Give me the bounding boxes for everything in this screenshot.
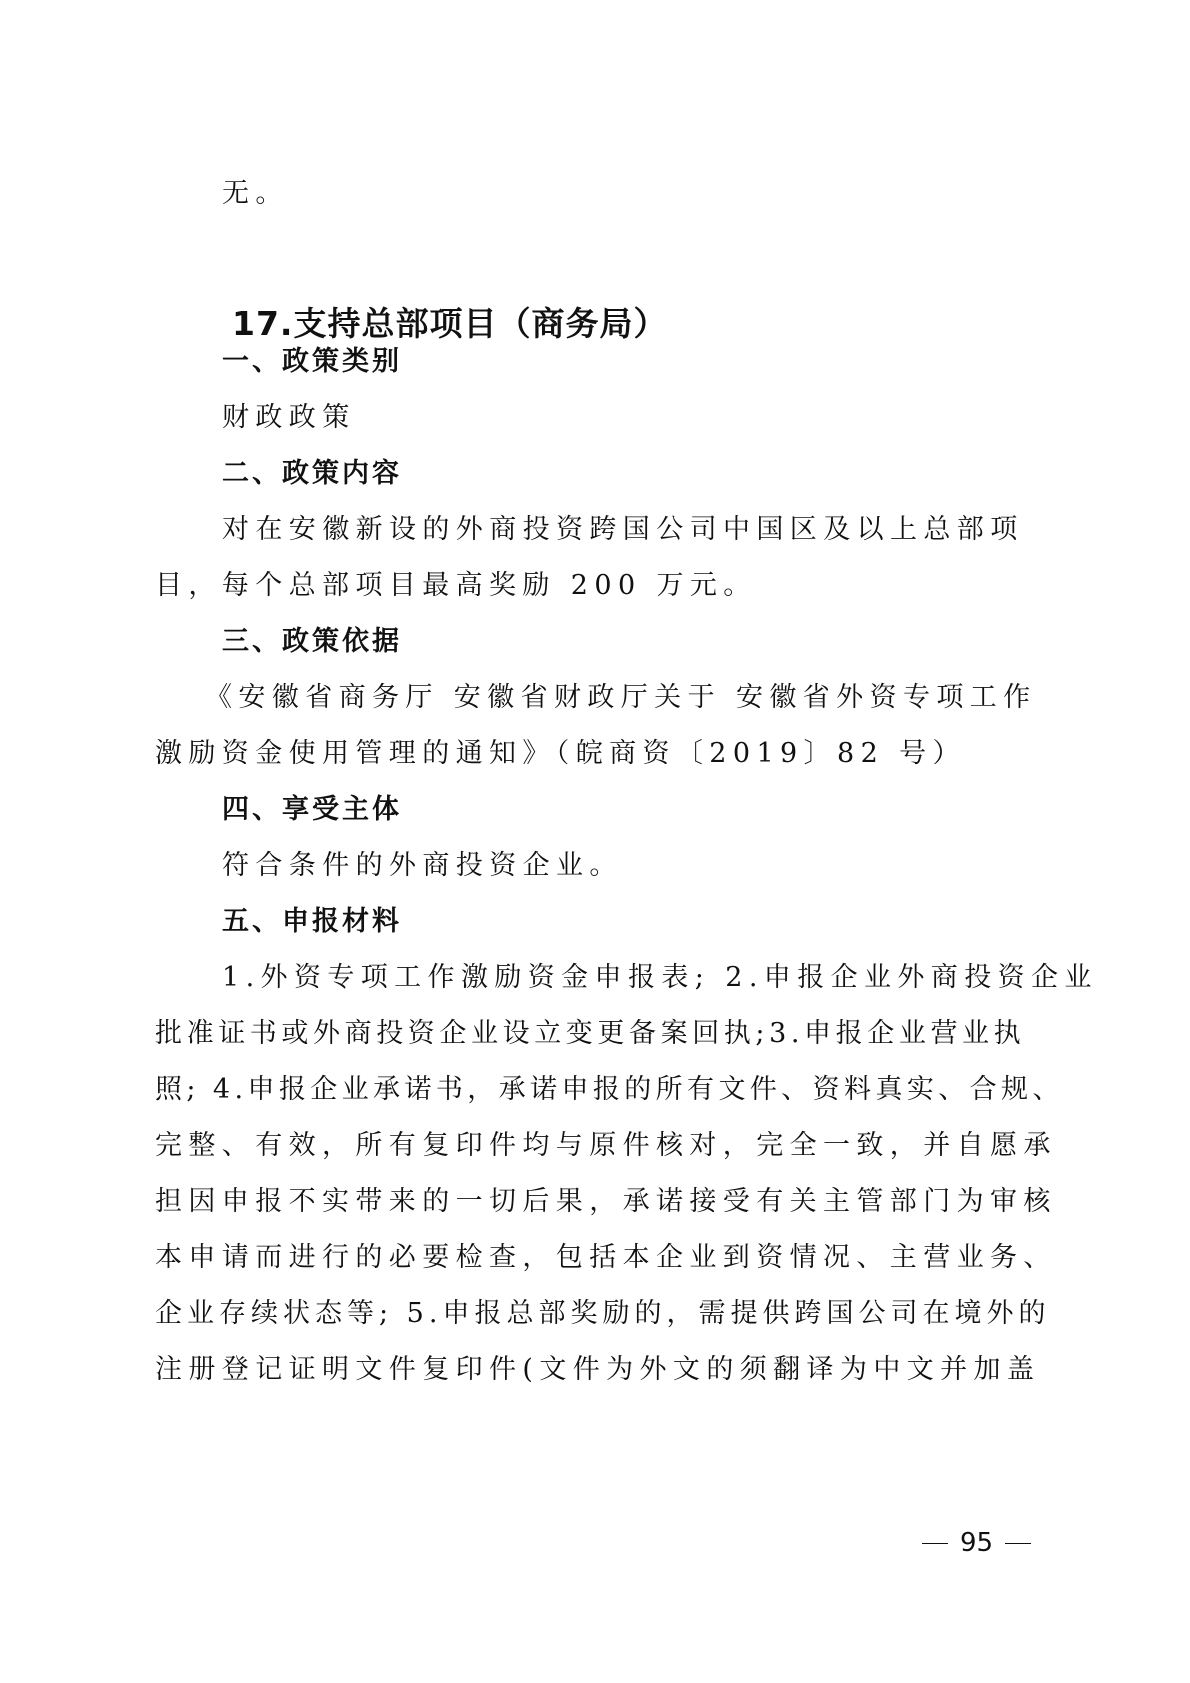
section-title: 17.支持总部项目（商务局） [232,302,667,346]
paragraph-line: 1.外资专项工作激励资金申报表; 2.申报企业外商投资企业 [222,958,1035,998]
heading-application-materials: 五、申报材料 [222,902,1035,942]
paragraph-line: 目，每个总部项目最高奖励 200 万元。 [155,566,1035,606]
paragraph-line: 本申请而进行的必要检查，包括本企业到资情况、主营业务、 [155,1238,1035,1278]
heading-policy-basis: 三、政策依据 [222,622,1035,662]
paragraph-line: 《安徽省商务厅 安徽省财政厅关于 安徽省外资专项工作 [205,678,1018,718]
paragraph-line: 企业存续状态等; 5.申报总部奖励的，需提供跨国公司在境外的 [155,1294,1035,1334]
prev-section-tail: 无。 [222,174,1035,214]
paragraph-line: 对在安徽新设的外商投资跨国公司中国区及以上总部项 [222,510,1035,550]
page-number: 95 [960,1528,993,1558]
heading-beneficiary: 四、享受主体 [222,790,1035,830]
paragraph-line: 担因申报不实带来的一切后果，承诺接受有关主管部门为审核 [155,1182,1035,1222]
paragraph-line: 财政政策 [222,398,1035,438]
page-footer: 95 [910,1528,1043,1558]
paragraph-line: 符合条件的外商投资企业。 [222,846,1035,886]
paragraph-line: 激励资金使用管理的通知》（皖商资〔2019〕82 号） [155,734,1035,774]
heading-policy-content: 二、政策内容 [222,454,1035,494]
paragraph-line: 注册登记证明文件复印件(文件为外文的须翻译为中文并加盖 [155,1350,1035,1390]
paragraph-line: 批准证书或外商投资企业设立变更备案回执;3.申报企业营业执 [155,1014,1035,1054]
dash-right-decoration [1005,1543,1031,1545]
heading-policy-category: 一、政策类别 [222,342,1035,382]
paragraph-line: 照; 4.申报企业承诺书，承诺申报的所有文件、资料真实、合规、 [155,1070,1035,1110]
paragraph-line: 完整、有效，所有复印件均与原件核对，完全一致，并自愿承 [155,1126,1035,1166]
dash-left-decoration [922,1543,948,1545]
